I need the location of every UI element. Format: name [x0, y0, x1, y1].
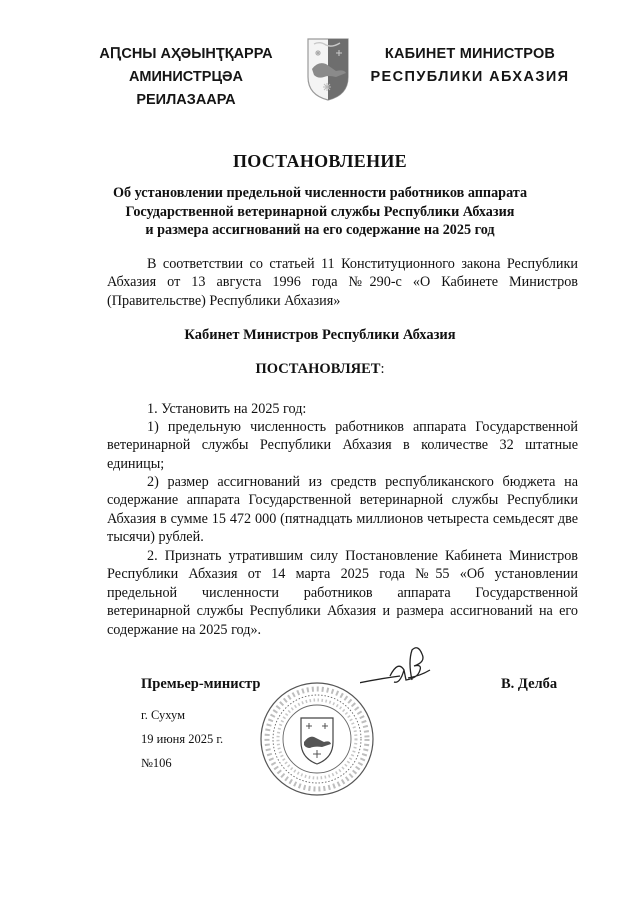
letterhead-left-line1: АԤСНЫ АҲӘЫНҬҚАРРА — [80, 43, 292, 66]
signatory-name: В. Делба — [501, 676, 557, 693]
document-date: 19 июня 2025 г. — [141, 732, 223, 747]
subject-line-2: Государственной ветеринарной службы Респ… — [90, 203, 550, 222]
preamble-text: В соответствии со статьей 11 Конституцио… — [107, 256, 578, 309]
document-page: АԤСНЫ АҲӘЫНҬҚАРРА АМИНИСТРЦӘА РЕИЛАЗААРА… — [0, 0, 640, 905]
subject-line-1: Об установлении предельной численности р… — [90, 184, 550, 203]
item-1-2-paragraph: 2) размер ассигнований из средств респуб… — [107, 473, 578, 547]
issuer-heading: Кабинет Министров Республики Абхазия — [0, 327, 640, 344]
document-city: г. Сухум — [141, 708, 185, 723]
signatory-position: Премьер-министр — [141, 676, 260, 693]
document-number: №106 — [141, 756, 172, 771]
item-1-paragraph: 1. Установить на 2025 год: — [107, 400, 578, 418]
subject-line-3: и размера ассигнований на его содержание… — [90, 221, 550, 240]
letterhead-russian: КАБИНЕТ МИНИСТРОВ РЕСПУБЛИКИ АБХАЗИЯ — [355, 43, 585, 89]
item-text: 2) размер ассигнований из средств респуб… — [107, 474, 578, 545]
official-seal-icon — [258, 680, 376, 798]
letterhead-abkhaz: АԤСНЫ АҲӘЫНҬҚАРРА АМИНИСТРЦӘА РЕИЛАЗААРА — [80, 43, 292, 112]
document-subject: Об установлении предельной численности р… — [90, 184, 550, 240]
preamble-paragraph: В соответствии со статьей 11 Конституцио… — [107, 255, 578, 310]
decree-word: ПОСТАНОВЛЯЕТ — [256, 361, 381, 377]
letterhead-right-line1: КАБИНЕТ МИНИСТРОВ — [355, 43, 585, 66]
item-text: 1. Установить на 2025 год: — [147, 401, 306, 417]
letterhead-left-line2: АМИНИСТРЦӘА РЕИЛАЗААРА — [80, 66, 292, 112]
document-type-title: ПОСТАНОВЛЕНИЕ — [0, 151, 640, 172]
item-1-1-paragraph: 1) предельную численность работников апп… — [107, 418, 578, 473]
decree-heading: ПОСТАНОВЛЯЕТ: — [0, 361, 640, 378]
item-2-paragraph: 2. Признать утратившим силу Постановлени… — [107, 547, 578, 639]
letterhead-right-line2: РЕСПУБЛИКИ АБХАЗИЯ — [355, 66, 585, 89]
item-text: 2. Признать утратившим силу Постановлени… — [107, 548, 578, 638]
coat-of-arms-icon — [306, 37, 350, 101]
handwritten-signature-icon — [360, 640, 440, 700]
decree-colon: : — [380, 361, 384, 377]
item-text: 1) предельную численность работников апп… — [107, 419, 578, 472]
